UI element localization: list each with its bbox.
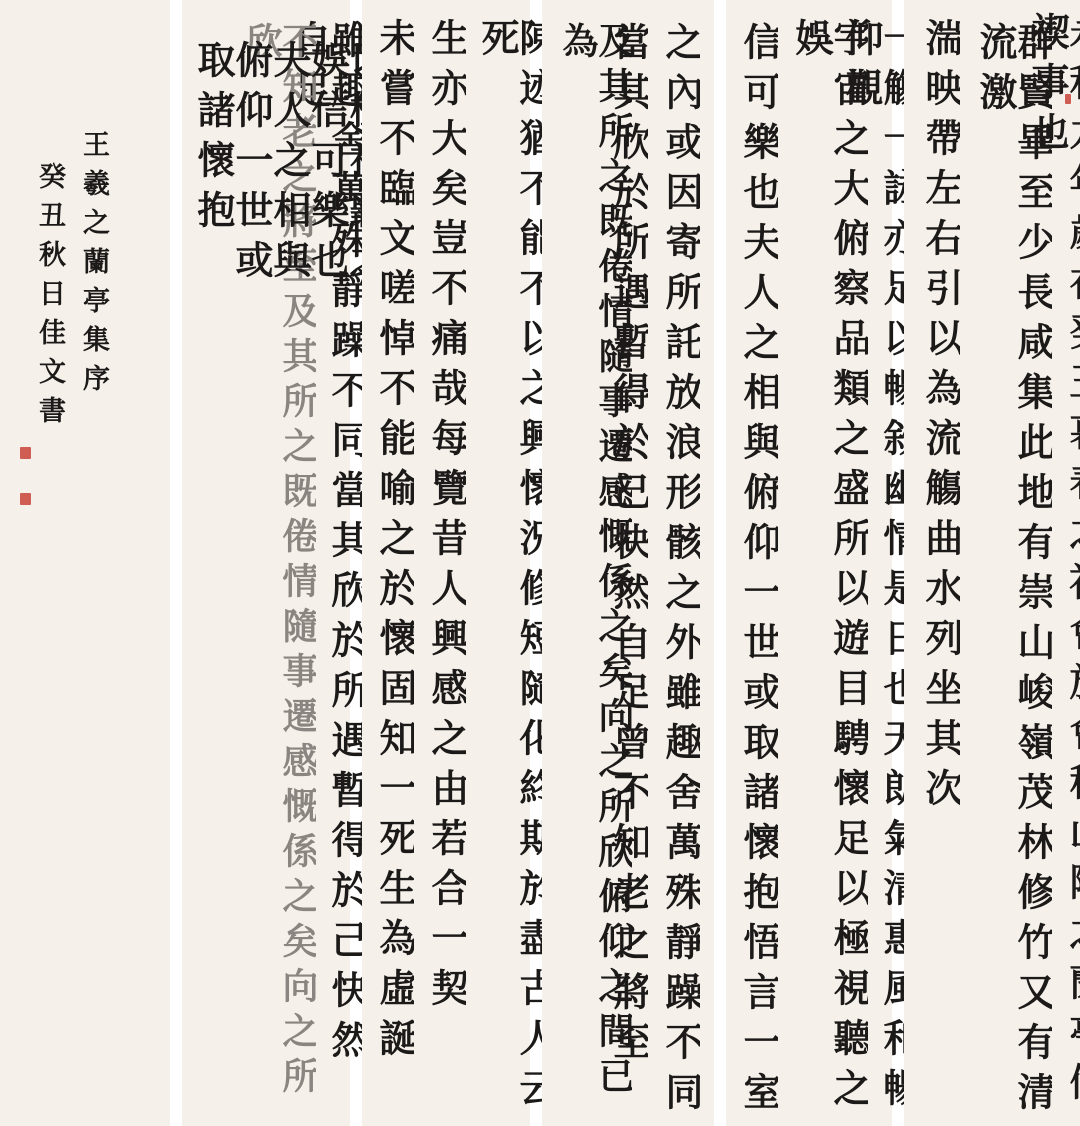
calligraphy-column: 群賢畢至少長咸集此地有崇山峻嶺茂林修竹又有清流激 xyxy=(976,22,1052,1122)
seal-stamp xyxy=(20,493,31,505)
signature-inscription: 癸丑秋日佳文書 xyxy=(36,162,63,435)
calligraphy-column: 信可樂也夫人之相與俯仰一世或取諸懷抱悟言一室 xyxy=(740,22,778,1122)
scroll-panel-3: 陳迹猶不能不以之興懷況修短隨化終期於盡古人云死 生亦大矣豈不痛哉每覽昔人興感之由… xyxy=(362,0,530,1126)
seal-stamp xyxy=(1065,94,1071,104)
calligraphy-column: 生亦大矣豈不痛哉每覽昔人興感之由若合一契 xyxy=(428,18,466,1118)
seal-stamp xyxy=(20,447,31,459)
scroll-panel-4: 之內或因寄所託放浪形骸之外雖趣舍萬殊靜躁不同 當其欣於所遇暫得於己快然自足曾不知… xyxy=(542,0,714,1126)
title-inscription: 王羲之蘭亭集序 xyxy=(80,130,107,403)
calligraphy-column: 之內或因寄所託放浪形骸之外雖趣舍萬殊靜躁不同 xyxy=(662,22,700,1122)
calligraphy-column: 未嘗不臨文嗟悼不能喻之於懷固知一死生為虛誕 xyxy=(376,18,414,1118)
scroll-panel-1: 王羲之蘭亭集序 癸丑秋日佳文書 xyxy=(0,0,170,1126)
scroll-panel-5: 一觴一詠亦足以暢敘幽情是日也天朗氣清惠風和暢仰觀 宇宙之大俯察品類之盛所以遊目騁… xyxy=(726,0,892,1126)
scroll-panel-6: 永和九年歲在癸丑暮春之初會於會稽山陰之蘭亭脩禊事也 群賢畢至少長咸集此地有崇山峻… xyxy=(904,0,1080,1126)
scroll-panel-2: 雖趣舍萬殊靜躁不同當其欣於所遇暫得於己快然自足 不知老之將至及其所之既倦情隨事遷… xyxy=(182,0,350,1126)
calligraphy-column: 及其所之既倦情隨事遷感慨係之矣向之所欣俯仰之間已為 xyxy=(560,22,632,1122)
calligraphy-column: 湍映帶左右引以為流觴曲水列坐其次 xyxy=(922,18,960,1118)
calligraphy-column: 宇宙之大俯察品類之盛所以遊目騁懷足以極視聽之娛 xyxy=(792,18,868,1118)
